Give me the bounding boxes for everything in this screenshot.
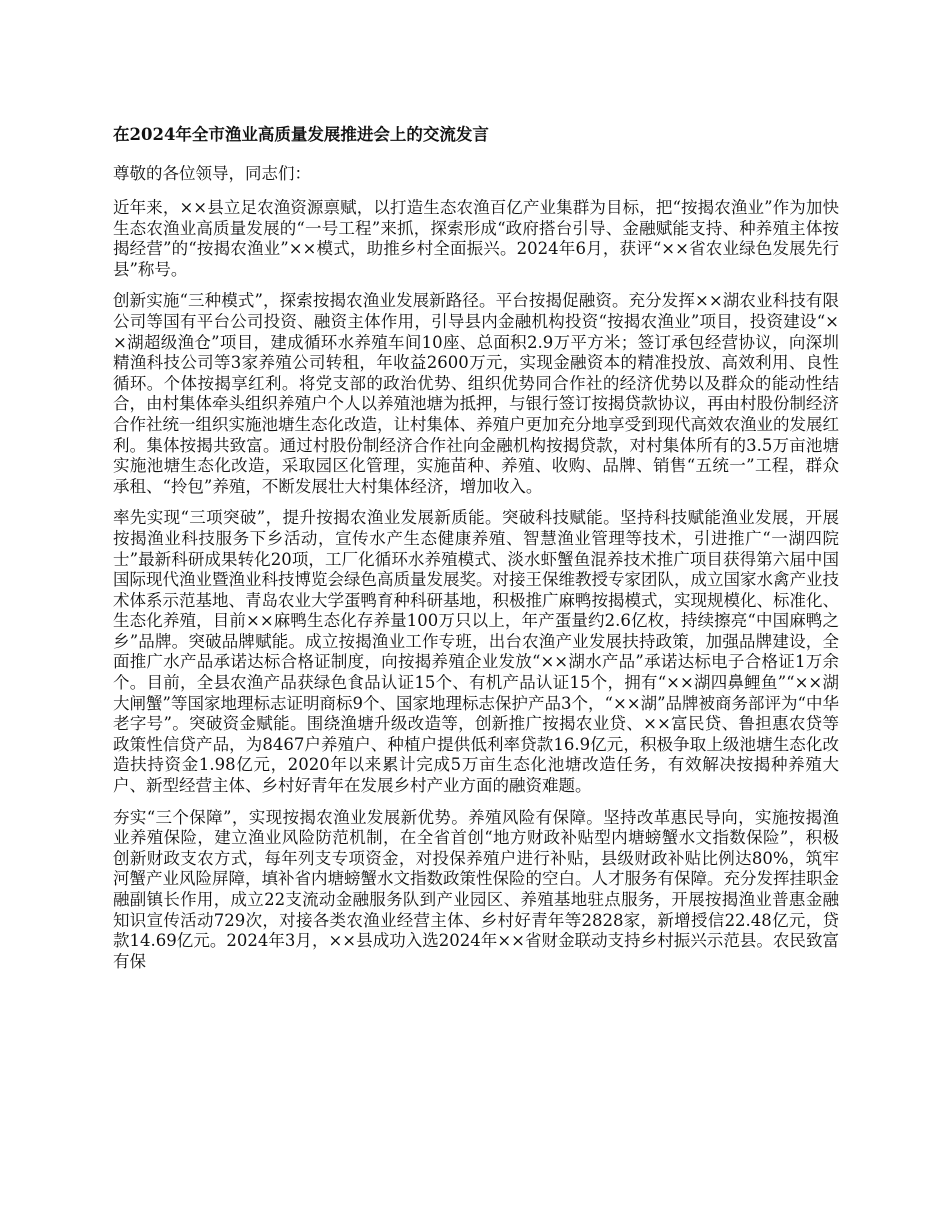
paragraph-three-models: 创新实施“三种模式”，探索按揭农渔业发展新路径。平台按揭促融资。充分发挥××湖农… (113, 291, 839, 497)
document-title: 在2024年全市渔业高质量发展推进会上的交流发言 (113, 124, 839, 146)
paragraph-intro: 近年来，××县立足农渔资源禀赋，以打造生态农渔百亿产业集群为目标，把“按揭农渔业… (113, 198, 839, 280)
paragraph-three-guarantees: 夯实“三个保障”，实现按揭农渔业发展新优势。养殖风险有保障。坚持改革惠民导向，实… (113, 808, 839, 973)
paragraph-three-breakthroughs: 率先实现“三项突破”，提升按揭农渔业发展新质能。突破科技赋能。坚持科技赋能渔业发… (113, 508, 839, 796)
document-page: 在2024年全市渔业高质量发展推进会上的交流发言 尊敬的各位领导，同志们： 近年… (113, 124, 839, 983)
salutation: 尊敬的各位领导，同志们： (113, 163, 839, 184)
